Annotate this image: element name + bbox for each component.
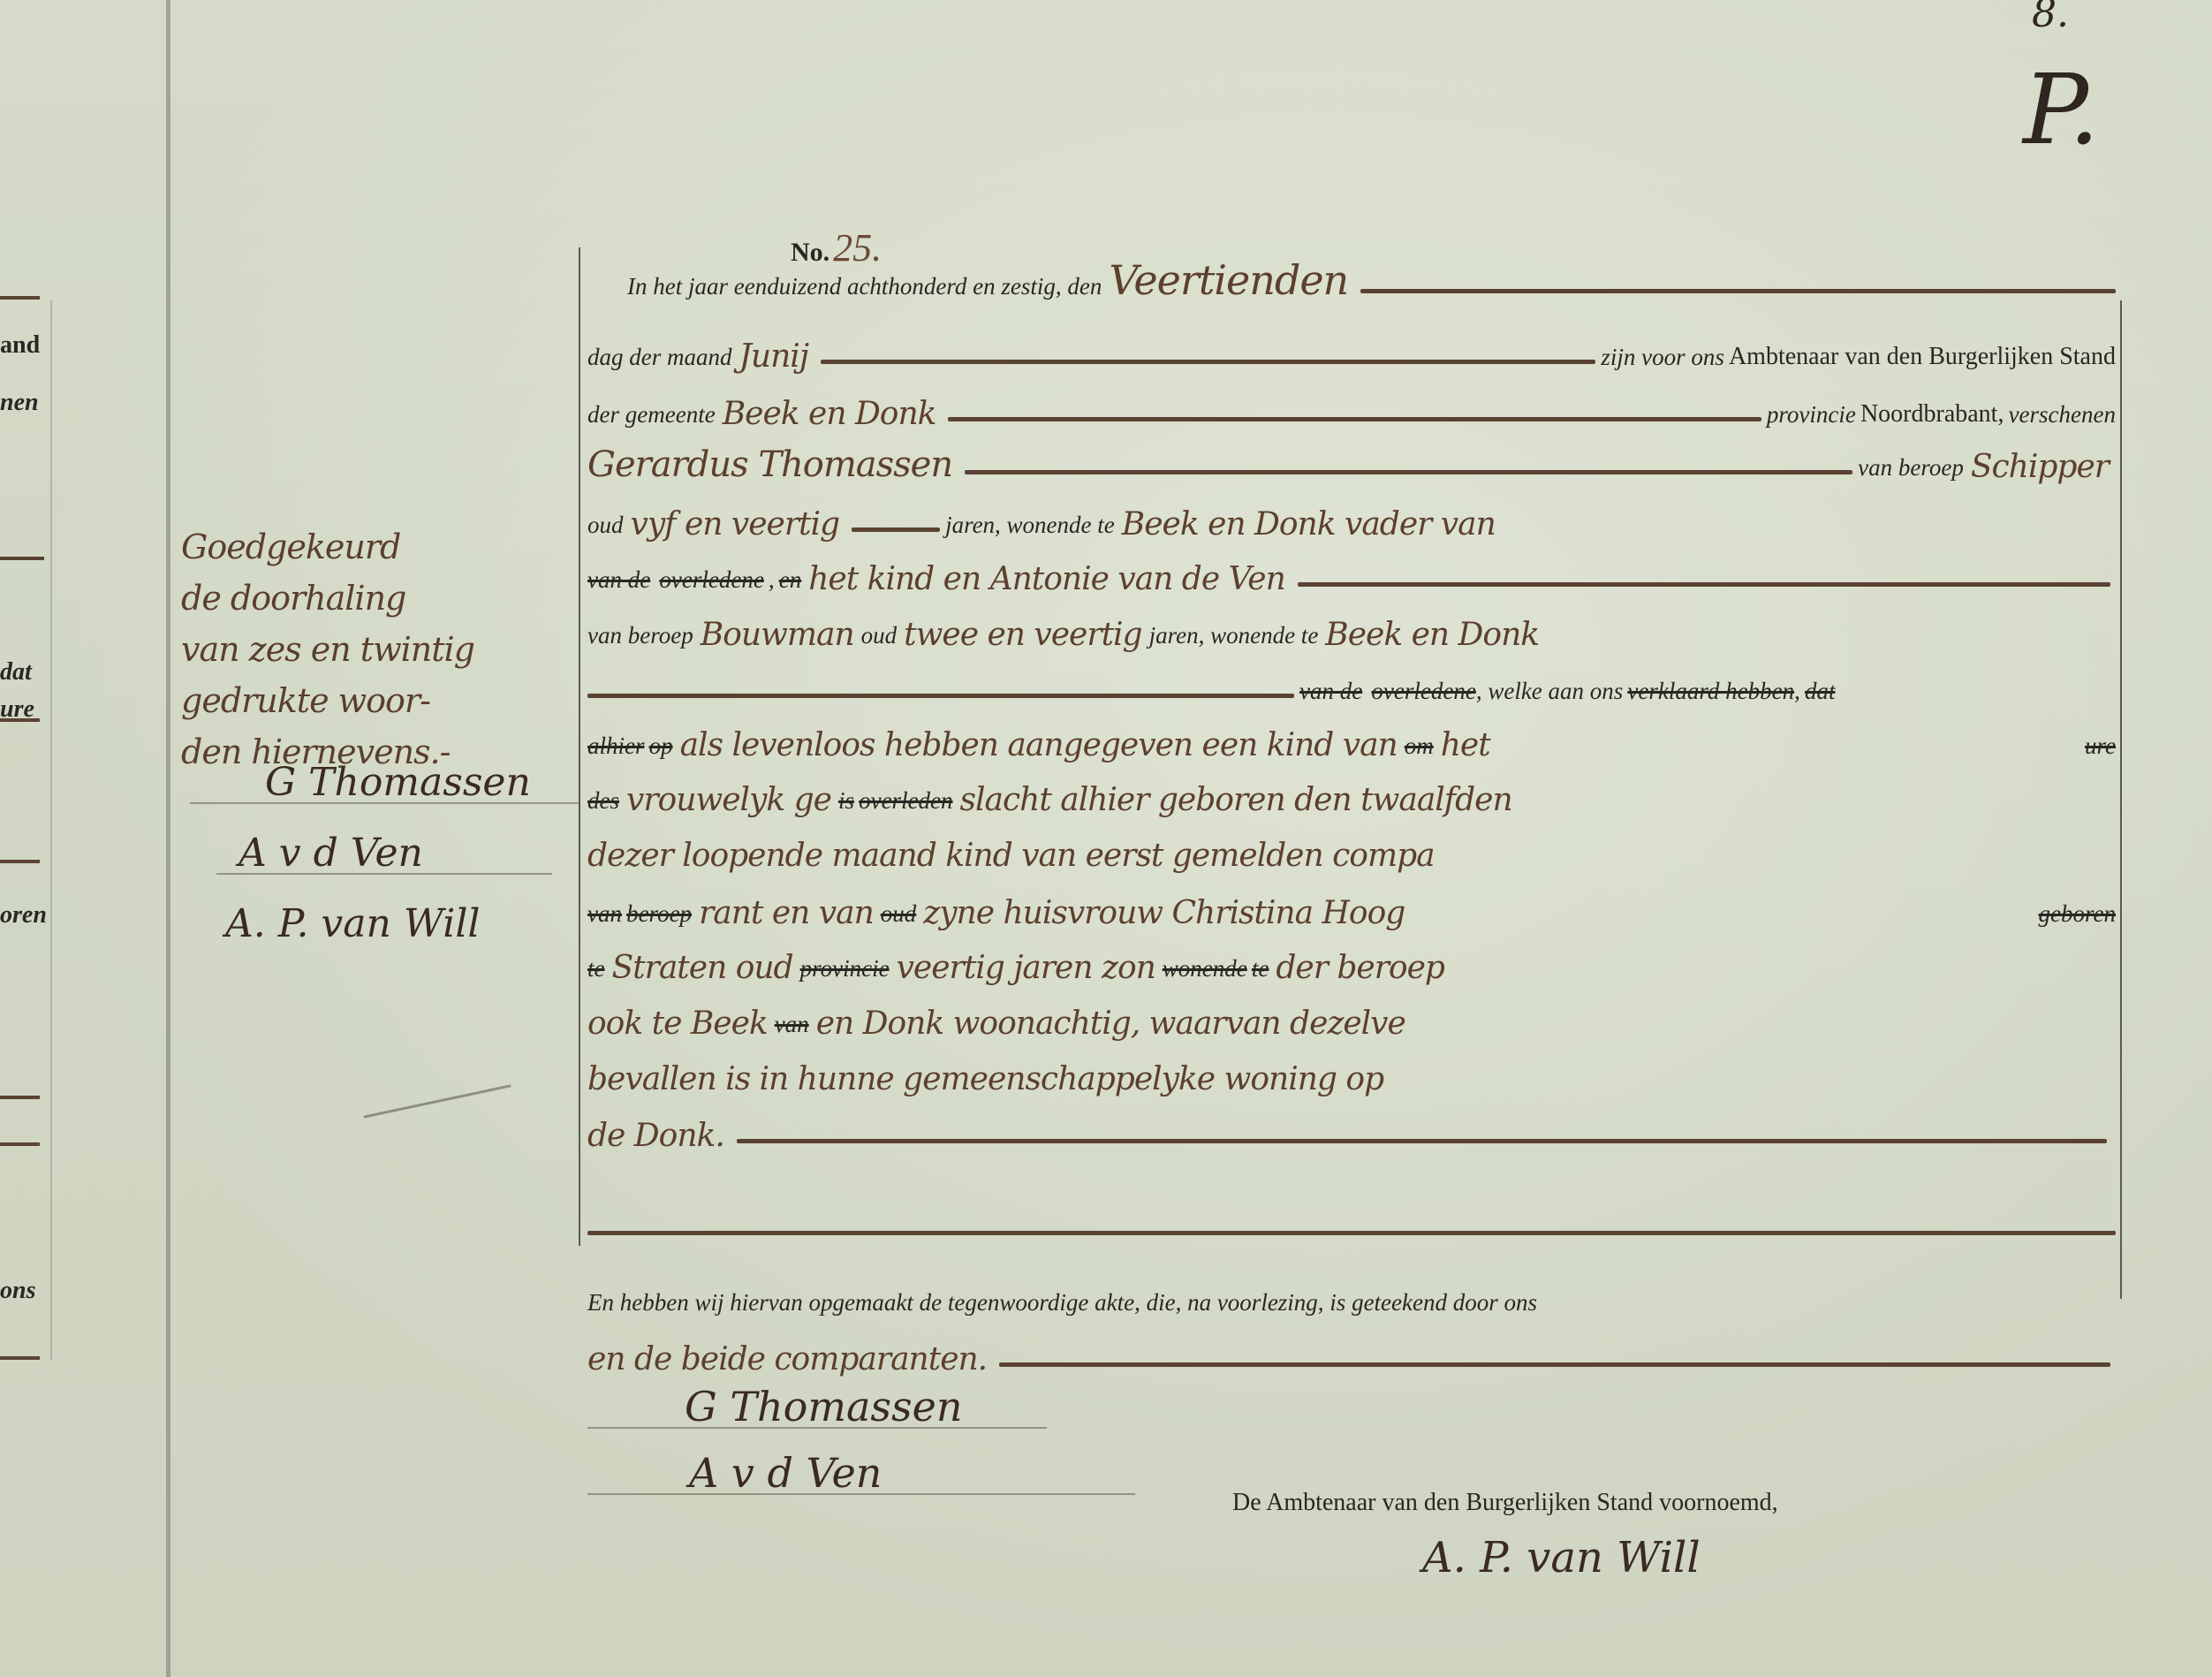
handwritten-text: het kind en Antonie van de Ven <box>801 561 1292 599</box>
margin-note-line: gedrukte woor- <box>181 675 570 726</box>
previous-page-fragment: ons <box>0 1277 35 1305</box>
printed-text: Noordbrabant, <box>1860 400 2004 434</box>
printed-text: provincie <box>1767 401 1856 434</box>
struck-text: wonende <box>1163 955 1247 988</box>
struck-text: beroep <box>626 900 692 933</box>
struck-text: te <box>587 955 605 988</box>
signature-rule <box>587 1493 1135 1495</box>
margin-note-line: Goedgekeurd <box>181 521 570 573</box>
struck-text: ure <box>2085 732 2116 765</box>
fill-line <box>852 527 940 532</box>
fill-line <box>999 1362 2110 1367</box>
printed-text: In het jaar eenduizend achthonderd en ze… <box>627 273 1102 306</box>
signature-rule <box>190 802 579 804</box>
printed-text: jaren, wonende te <box>1149 622 1319 655</box>
handwritten-declarant-name: Gerardus Thomassen <box>587 444 959 487</box>
printed-text: , welke aan ons <box>1476 678 1623 710</box>
printed-text: zijn voor ons <box>1601 344 1724 376</box>
previous-page-fragment: and <box>0 331 40 360</box>
handwritten-municipality: Beek en Donk <box>716 396 943 434</box>
struck-text: is <box>838 787 854 820</box>
folio-mark: 8. <box>2032 0 2069 36</box>
handwritten-closing: en de beide comparanten. <box>587 1341 994 1379</box>
handwritten-text: der beroep <box>1269 950 1451 988</box>
printed-text: , <box>769 566 775 599</box>
printed-text: verschenen <box>2009 401 2116 434</box>
printed-text: , <box>1794 678 1800 710</box>
form-border <box>2120 300 2122 1299</box>
margin-signature: G Thomassen <box>265 760 531 805</box>
deed-row: van beroep Bouwman oud twee en veertig j… <box>587 605 2116 655</box>
struck-text: geboren <box>2039 900 2116 933</box>
printed-text: dag der maand <box>587 344 732 376</box>
deed-row: van beroep rant en van oud zyne huisvrou… <box>587 884 2116 933</box>
fill-line <box>821 360 1595 364</box>
printed-text: van beroep <box>1858 454 1964 487</box>
fill-line <box>1360 289 2116 293</box>
folio-letter: P. <box>2023 53 2100 166</box>
fill-line <box>737 1139 2107 1143</box>
printed-closing-text: En hebben wij hiervan opgemaakt de tegen… <box>587 1289 2116 1322</box>
handwritten-text: dezer loopende maand kind van eerst geme… <box>587 838 1442 876</box>
previous-page-rule <box>0 860 40 863</box>
form-border <box>579 247 580 1246</box>
struck-text: van <box>587 900 622 933</box>
deed-row: Gerardus Thomassen van beroep Schipper <box>587 437 2116 487</box>
previous-page-fragment: oren <box>0 901 47 930</box>
previous-page-rule <box>0 1356 40 1360</box>
deed-row: In het jaar eenduizend achthonderd en ze… <box>587 256 2116 306</box>
handwritten-occupation: Bouwman <box>693 617 861 655</box>
declarant-signature: G Thomassen <box>685 1383 962 1430</box>
signature-rule <box>587 1427 1047 1429</box>
margin-signature: A v d Ven <box>239 831 423 876</box>
margin-annotation: Goedgekeurd de doorhaling van zes en twi… <box>181 459 570 778</box>
handwritten-age: vyf en veertig <box>624 506 847 544</box>
handwritten-text: veertig jaren zon <box>890 950 1163 988</box>
previous-page-rule <box>0 718 40 722</box>
struck-text: van de <box>1299 678 1362 710</box>
deed-row: van de overledene , en het kind en Anton… <box>587 550 2116 599</box>
handwritten-text: en Donk woonachtig, waarvan dezelve <box>809 1005 1413 1043</box>
deed-row: ook te Beek van en Donk woonachtig, waar… <box>587 994 2116 1043</box>
handwritten-text: vrouwelyk ge <box>619 782 838 820</box>
deed-row: alhier op als levenloos hebben aangegeve… <box>587 716 2116 765</box>
deed-row: dag der maand Junij zijn voor ons Ambten… <box>587 327 2116 376</box>
deed-row: der gemeente Beek en Donk provincie Noor… <box>587 384 2116 434</box>
handwritten-mother-name: zyne huisvrouw Christina Hoog <box>916 895 1412 933</box>
fill-line <box>587 694 1294 698</box>
struck-text: alhier <box>587 732 645 765</box>
struck-text: oud <box>881 900 917 933</box>
fill-line <box>965 470 1852 474</box>
closing-row: en de beide comparanten. <box>587 1330 2116 1379</box>
deed-row: van de overledene , welke aan ons verkla… <box>587 661 2116 710</box>
struck-text: provincie <box>800 955 890 988</box>
previous-page-rule <box>0 1096 40 1099</box>
fill-line <box>1298 582 2110 587</box>
official-signature: A. P. van Will <box>1422 1533 1701 1582</box>
printed-text: oud <box>861 622 898 655</box>
handwritten-text: bevallen is in hunne gemeenschappelyke w… <box>587 1061 1390 1099</box>
book-gutter <box>166 0 170 1677</box>
struck-text: overledene <box>1371 678 1475 710</box>
handwritten-text: Straten oud <box>605 950 800 988</box>
handwritten-text: de Donk. <box>587 1118 731 1156</box>
handwritten-residence: Beek en Donk vader van <box>1115 506 1503 544</box>
deed-row: oud vyf en veertig jaren, wonende te Bee… <box>587 495 2116 544</box>
section-rule <box>587 1231 2116 1235</box>
struck-text: en <box>779 566 801 599</box>
printed-text: jaren, wonende te <box>945 512 1115 544</box>
margin-note-line: van zes en twintig <box>181 624 570 675</box>
signature-rule <box>216 873 552 875</box>
handwritten-month: Junij <box>732 338 815 376</box>
struck-text: van <box>775 1011 809 1043</box>
handwritten-text: rant en van <box>692 895 881 933</box>
struck-text: des <box>587 787 619 820</box>
handwritten-day: Veertienden <box>1102 256 1355 306</box>
margin-signature: A. P. van Will <box>225 901 481 946</box>
handwritten-text: het <box>1434 727 1497 765</box>
previous-page-rule <box>0 296 40 300</box>
handwritten-text: ook te Beek <box>587 1005 775 1043</box>
struck-text: om <box>1405 732 1434 765</box>
struck-text: van de <box>587 566 650 599</box>
previous-page-fragment: dat <box>0 658 32 687</box>
witness-signature: A v d Ven <box>689 1449 882 1497</box>
deed-row: bevallen is in hunne gemeenschappelyke w… <box>587 1050 2116 1099</box>
previous-page-fragment: nen <box>0 389 39 417</box>
handwritten-text: slacht alhier geboren den twaalfden <box>953 782 1519 820</box>
printed-text: van beroep <box>587 622 693 655</box>
struck-text: overleden <box>859 787 952 820</box>
margin-note-line: de doorhaling <box>181 573 570 624</box>
fill-line <box>948 417 1761 421</box>
previous-page-border <box>50 300 52 1361</box>
closing-row: En hebben wij hiervan opgemaakt de tegen… <box>587 1272 2116 1322</box>
handwritten-residence: Beek en Donk <box>1318 617 1546 655</box>
deed-row: dezer loopende maand kind van eerst geme… <box>587 826 2116 876</box>
struck-text: te <box>1252 955 1269 988</box>
deed-row: de Donk. <box>587 1106 2116 1156</box>
printed-text: Ambtenaar van den Burgerlijken Stand <box>1729 343 2116 376</box>
handwritten-text: als levenloos hebben aangegeven een kind… <box>673 727 1405 765</box>
deed-row: des vrouwelyk ge is overleden slacht alh… <box>587 770 2116 820</box>
handwritten-occupation: Schipper <box>1964 449 2116 487</box>
previous-page-rule <box>0 557 44 560</box>
official-label: De Ambtenaar van den Burgerlijken Stand … <box>1232 1489 1778 1517</box>
struck-text: verklaard hebben <box>1627 678 1794 710</box>
printed-text: der gemeente <box>587 401 716 434</box>
struck-text: op <box>649 732 673 765</box>
struck-text: dat <box>1805 678 1836 710</box>
printed-text: oud <box>587 512 624 544</box>
handwritten-age: twee en veertig <box>897 617 1148 655</box>
struck-text: overledene <box>659 566 763 599</box>
deed-row: te Straten oud provincie veertig jaren z… <box>587 938 2116 988</box>
previous-page-rule <box>0 1142 40 1146</box>
